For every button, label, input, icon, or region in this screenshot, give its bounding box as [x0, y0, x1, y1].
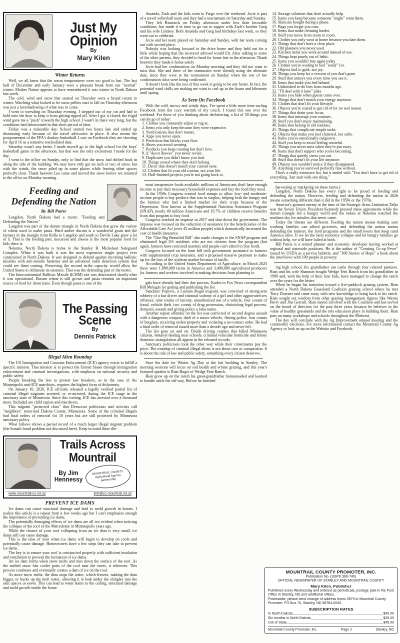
- trails-continued-col2: Save the date for Winter Ag Day at the f…: [140, 361, 267, 383]
- mary-kilen-photo: [6, 15, 53, 68]
- footer-right: Stanley, ND: [376, 628, 394, 632]
- paragraph: Well, we all knew that the warm temperat…: [3, 79, 137, 97]
- dotted-leader: [294, 614, 383, 615]
- masthead-postmaster-line: Postmaster, please send change of addres…: [268, 598, 394, 606]
- list-item: 13. Half-finished projects you're not go…: [140, 173, 267, 177]
- paragraph: Congress reached an impasse in 2017 and …: [140, 218, 267, 236]
- paragraph: Langdon was part of the durum triangle i…: [3, 224, 137, 246]
- paragraph: The day will conclude with the Ag Improv…: [270, 318, 398, 331]
- section-heading-winter-returns: Winter Returns: [3, 73, 137, 78]
- paragraph: Friday was a miserable day. School start…: [3, 127, 137, 145]
- paragraph: Today the threats are different. Feeding…: [270, 220, 398, 242]
- paragraph: They left Bismarck on Friday afternoon u…: [140, 21, 267, 39]
- passing-scene-title: The Passing Scene By Dennis Patrick: [56, 293, 135, 350]
- column-middle: Amanda, Zach and the kids went to Fargo …: [140, 12, 267, 643]
- paragraph: Amanda, Zach and the kids went to Fargo …: [140, 12, 267, 21]
- trails-title-block: Trails Across Mountrail By Jim Hennessy …: [51, 438, 135, 489]
- man-portrait-icon: [6, 438, 50, 488]
- declutter-list-1-13: 1. Clothes you constantly adjust or tug …: [140, 122, 267, 178]
- paragraph: I went to wrestling on Thursday evening.…: [3, 110, 137, 128]
- as-seen-outro: That's a really extensive list, but it e…: [270, 171, 398, 180]
- paragraph: Nekoma, North Dakota is home to the Stan…: [3, 246, 137, 272]
- rate-label: Out of State: [268, 620, 287, 625]
- paragraph: When he began his transition toward a fi…: [270, 283, 398, 318]
- paragraph: Saturday wasn't any better. I made mysel…: [3, 145, 137, 158]
- paragraph: Sanchero Popovic, a Laotian illegal migr…: [140, 290, 267, 312]
- dotted-leader: [288, 623, 383, 624]
- passing-scene-body-col1: The US Immigration and Customs Enforceme…: [3, 361, 137, 431]
- column-left: Just My Opinion By Mary Kilen Winter Ret…: [3, 12, 137, 643]
- as-seen-intro: With the cold, snowy and windy days, I'v…: [140, 104, 267, 122]
- section-heading-prevent-ice-dams: PREVENT ICE DAMS: [3, 501, 137, 506]
- paragraph: most inexpensive foods available, millio…: [140, 183, 267, 192]
- title-line2: Scene: [79, 314, 112, 327]
- paragraph: Congress focused on the farm bill with g…: [140, 249, 267, 262]
- paragraph: Rian grew up on the ranch his great-gran…: [140, 374, 267, 383]
- stamp-line3: partnership: [101, 478, 116, 483]
- paragraph: Ice dams can cause structural damage and…: [3, 507, 137, 520]
- dennis-patrick-photo: [6, 293, 56, 350]
- feeding-continued-col3: harvesting or marketing on these farms.)…: [270, 185, 398, 260]
- paragraph: Langdon, North Dakota has every right to…: [270, 190, 398, 203]
- paragraph: Sanctuary politicians look the other way…: [140, 342, 267, 355]
- feeding-title-line2: Defending the Nation: [11, 197, 96, 208]
- paragraph: This migrant "protected class" that Demo…: [3, 405, 137, 423]
- masthead-footer: Mountrail County Promoter, Inc. Page 2 S…: [268, 626, 394, 631]
- ice-dams-body: Ice dams can cause structural damage and…: [3, 507, 137, 591]
- masthead-wrap: MOUNTRAIL COUNTY PROMOTER, INC. Publicat…: [264, 567, 398, 637]
- trails-header: Trails Across Mountrail By Jim Hennessy …: [3, 435, 137, 498]
- paragraph: The list goes on and on. Drunk driving c…: [140, 329, 267, 342]
- paragraph: ing high school, his grandfather ran cat…: [270, 266, 398, 284]
- divider-rule: [144, 358, 263, 359]
- byline-author: Hennessy: [54, 476, 82, 483]
- title-line2: Mountrail: [69, 450, 116, 465]
- feeding-continued-col2: most inexpensive foods available, millio…: [140, 183, 267, 275]
- byline-by: By: [90, 49, 96, 54]
- paragraph: The cold, wind and snow that started on …: [3, 97, 137, 110]
- paragraph: Bill Patrie is a retired planner and eco…: [270, 242, 398, 260]
- man-portrait-icon: [108, 185, 137, 221]
- paragraph: As more snow melts, the dam stops the wa…: [3, 573, 137, 591]
- paragraph: On January 10, 2026, ICE officials relea…: [3, 387, 137, 405]
- masthead-publisher: Mary Kilen, Publisher: [268, 584, 394, 589]
- divider-rule: [274, 182, 394, 183]
- paragraph: According to the United States Departmen…: [140, 262, 267, 275]
- column-title: Just My Opinion By Mary Kilen: [53, 15, 135, 68]
- winter-returns-body: Well, we all knew that the warm temperat…: [3, 79, 137, 180]
- just-my-opinion-header: Just My Opinion By Mary Kilen: [3, 12, 137, 70]
- divider-rule: [274, 263, 394, 264]
- woman-portrait-icon: [6, 15, 52, 67]
- website-link[interactable]: www.mountrail-co.nd.us: [9, 492, 46, 496]
- masthead-published-line: Published every Wednesday and entered as…: [268, 589, 394, 597]
- passing-scene-header: The Passing Scene By Dennis Patrick: [3, 290, 137, 352]
- passing-scene-continued-col2: gals have already had their due process.…: [140, 281, 267, 356]
- rate-row: Out of State $45.00: [268, 620, 394, 625]
- dotted-leader: [312, 619, 383, 620]
- title-line2: Opinion: [70, 33, 117, 48]
- paragraph: It doesn't look like the rest of this we…: [140, 82, 267, 95]
- just-my-opinion-continued: Amanda, Zach and the kids went to Fargo …: [140, 12, 267, 96]
- footer-left: Mountrail County Promoter, Inc.: [268, 628, 317, 632]
- paragraph: I went to the office on Sunday, only to …: [3, 158, 137, 180]
- byline-by: By: [92, 327, 98, 332]
- paragraph: This is the time of year when ice dams w…: [3, 538, 137, 551]
- rate-value: $45.00: [383, 620, 394, 625]
- divider-rule: [144, 180, 263, 181]
- county-agency-stamp: MOUNTRAIL COUNTY Agricultural Agency par…: [85, 463, 132, 490]
- divider-rule: [144, 278, 263, 279]
- column-right: 14. Storage solutions that don't actuall…: [270, 12, 398, 564]
- paragraph: In the 1930s Congress created food stamp…: [140, 192, 267, 218]
- jim-hennessy-photo: [6, 438, 51, 489]
- declutter-list-14-50: 14. Storage solutions that don't actuall…: [270, 12, 398, 171]
- man-suit-portrait-icon: [6, 293, 55, 349]
- paragraph: Nobody was looking forward to the drive …: [140, 47, 267, 65]
- paragraph: America's greatest enemy at the time of …: [270, 203, 398, 221]
- masthead-official: OFFICIAL NEWSPAPER OF STANLEY AND MOUNTR…: [268, 579, 394, 583]
- section-heading-as-seen-on-facebook: As Seen On Facebook: [140, 98, 267, 103]
- paragraph: The Intercontinental Ballistic Missile (…: [3, 273, 137, 286]
- byline-author: Dennis Patrick: [74, 333, 116, 339]
- email-link[interactable]: jmh@co.mountrail.nd.us: [94, 492, 132, 496]
- paragraph: Another repeat offender on the list was …: [140, 312, 267, 330]
- trails-byline: By Jim Hennessy: [54, 470, 82, 483]
- feeding-body-col1: Langdon, North Dakota had a motto: "Feed…: [3, 216, 137, 286]
- byline-author: Mary Kilen: [77, 55, 110, 62]
- paragraph: The "One Big Beautiful Bill" also made c…: [140, 236, 267, 249]
- masthead-box: MOUNTRAIL COUNTY PROMOTER, INC. Publicat…: [264, 567, 398, 634]
- section-heading-illegal-alien-roundup: Illegal Alien Roundup: [3, 355, 137, 360]
- feeding-article-header: Feeding and Defending the Nation By Bill…: [3, 184, 137, 286]
- paragraph: What follows shows a partial record of a…: [3, 423, 137, 432]
- paragraph: Save the date for Winter Ag Day at the f…: [140, 361, 267, 374]
- bill-patrie-photo: [107, 184, 137, 221]
- feeding-title-line1: Feeding and: [29, 186, 78, 197]
- footer-page-number: Page 2: [341, 628, 352, 632]
- paragraph: An ice dam forms when snow melts and run…: [3, 560, 137, 573]
- newspaper-page: Just My Opinion By Mary Kilen Winter Ret…: [0, 0, 400, 643]
- trails-continued-col3: ing high school, his grandfather ran cat…: [270, 266, 398, 332]
- paragraph: The US Immigration and Customs Enforceme…: [3, 361, 137, 379]
- paragraph: Jocie had her confirmation on Monday mor…: [140, 65, 267, 83]
